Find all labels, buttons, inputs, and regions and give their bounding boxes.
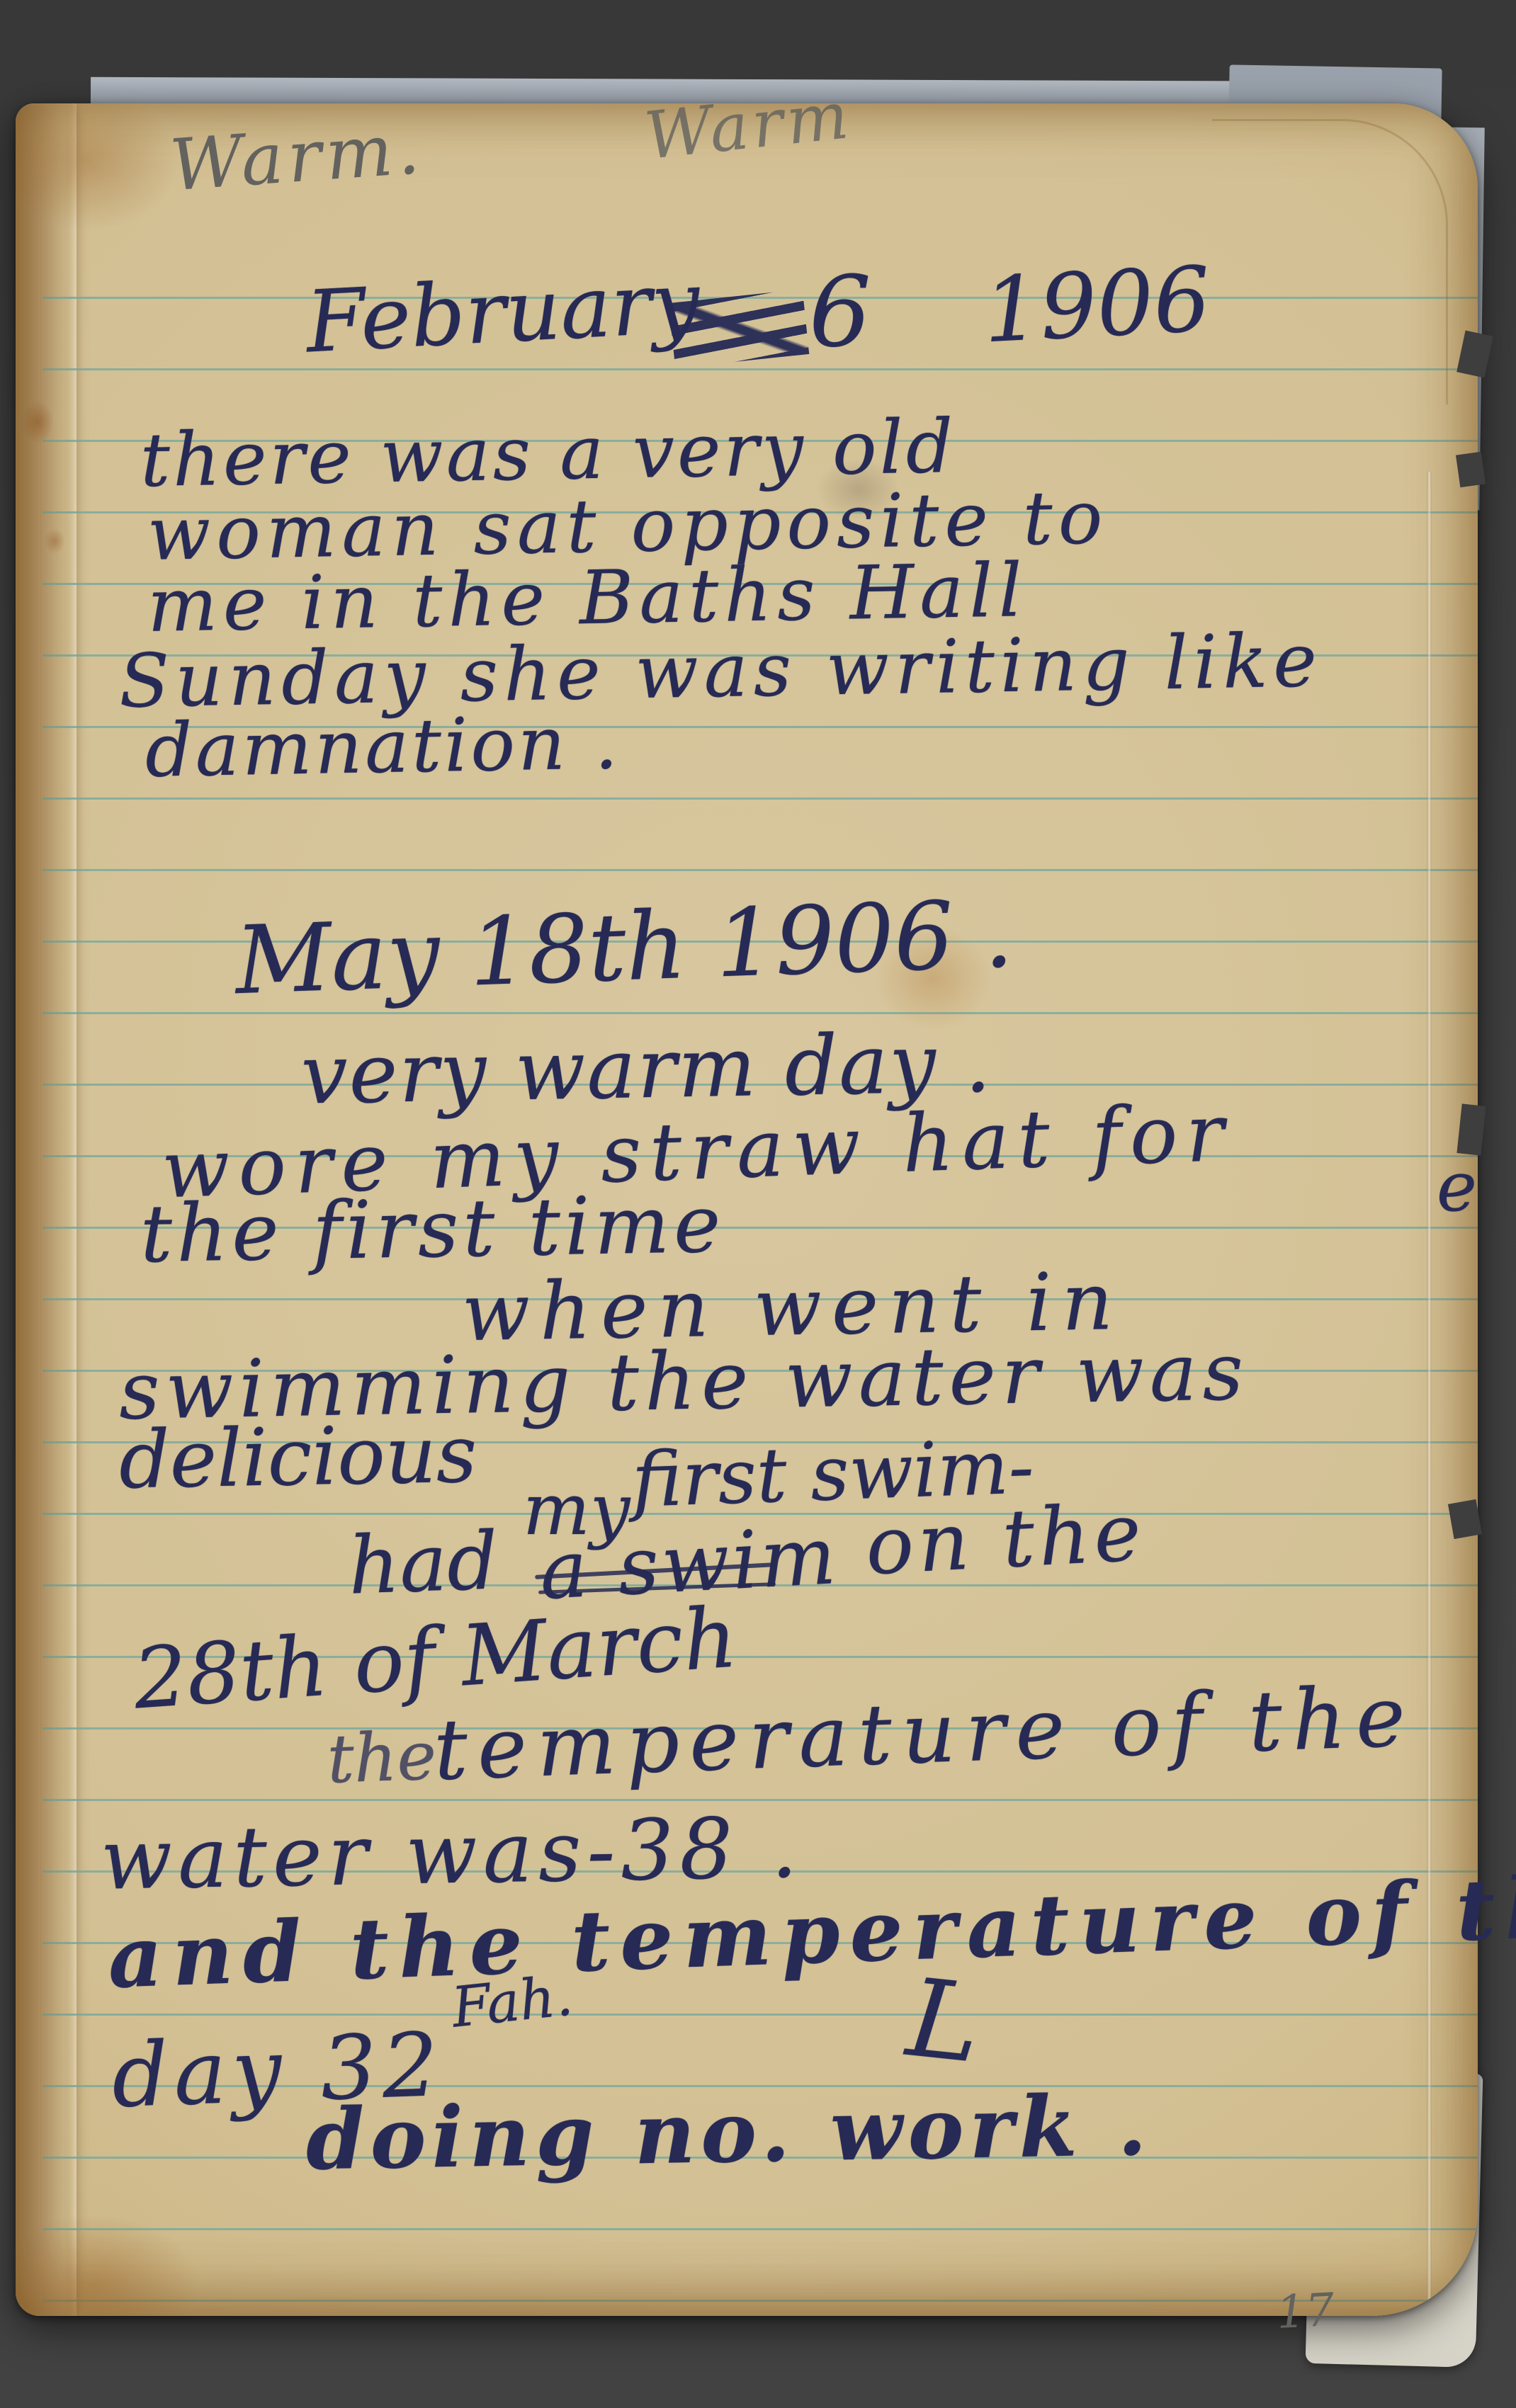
diary-line: delicious xyxy=(118,1415,477,1501)
torn-edge-notch xyxy=(1456,452,1486,488)
diary-line: the first time xyxy=(140,1185,725,1274)
date-heading-month: February xyxy=(304,261,701,366)
date-heading: May 18th 1906 . xyxy=(234,887,1014,1008)
edge-ink-mark: e xyxy=(1437,1153,1477,1221)
date-heading-day: 6 xyxy=(809,263,871,361)
pencil-note: Warm. xyxy=(168,113,426,202)
ink-flourish: L xyxy=(903,1964,985,2079)
page-number: 17 xyxy=(1275,2288,1335,2336)
superscript-unit: Fah. xyxy=(449,1968,575,2035)
diary-line: damnation . xyxy=(145,705,621,788)
diary-line: Sunday she was writing like xyxy=(118,623,1323,718)
torn-edge-notch xyxy=(1448,1499,1482,1539)
diary-word-faint: the xyxy=(326,1723,437,1793)
page-crease xyxy=(1427,472,1432,2316)
diary-line: doing no. work . xyxy=(305,2084,1153,2182)
diary-word: on the xyxy=(864,1493,1147,1586)
diary-line: water was-38 . xyxy=(100,1805,803,1901)
diary-word: had xyxy=(347,1521,499,1606)
corner-crease xyxy=(1212,119,1448,404)
scanned-diary-page: Warm. Warm February 6 1906 there was a v… xyxy=(0,0,1516,2408)
date-heading-year: 1906 xyxy=(981,255,1213,356)
